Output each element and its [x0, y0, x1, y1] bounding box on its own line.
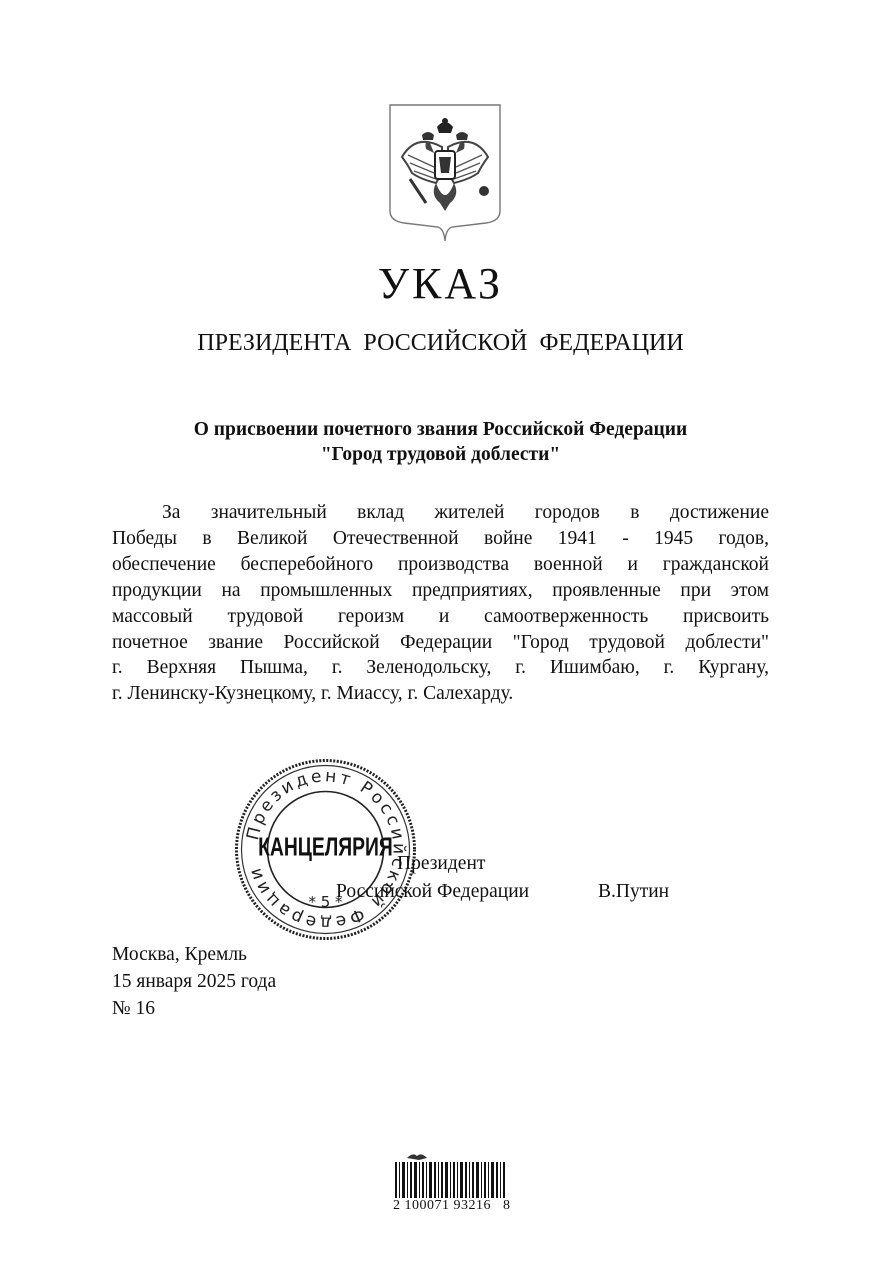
barcode-number: 2 100071 93216 8 — [393, 1198, 513, 1214]
document-issuer: ПРЕЗИДЕНТА РОССИЙСКОЙ ФЕДЕРАЦИИ — [0, 331, 881, 355]
body-line: обеспечение бесперебойного производства … — [112, 552, 769, 578]
issue-details: Москва, Кремль 15 января 2025 года № 16 — [112, 941, 276, 1022]
coat-of-arms-emblem — [386, 103, 504, 243]
body-line: г. Верхняя Пышма, г. Зеленодольску, г. И… — [112, 655, 769, 681]
document-type-title: УКАЗ — [0, 262, 881, 306]
body-line: Победы в Великой Отечественной войне 194… — [112, 526, 769, 552]
body-line: массовый трудовой героизм и самоотвержен… — [112, 604, 769, 630]
body-line: продукции на промышленных предприятиях, … — [112, 578, 769, 604]
issue-place: Москва, Кремль — [112, 941, 276, 968]
decree-number: № 16 — [112, 995, 276, 1022]
signatory-name: В.Путин — [598, 881, 669, 903]
issue-date: 15 января 2025 года — [112, 968, 276, 995]
decree-heading: О присвоении почетного звания Российской… — [120, 417, 761, 467]
body-line: За значительный вклад жителей городов в … — [112, 500, 769, 526]
body-line: г. Ленинску-Кузнецкому, г. Миассу, г. Са… — [112, 681, 769, 707]
signatory-title: Президент — [397, 853, 485, 875]
decree-heading-line-2: "Город трудовой доблести" — [120, 442, 761, 467]
body-line: почетное звание Российской Федерации "Го… — [112, 630, 769, 656]
decree-body: За значительный вклад жителей городов в … — [112, 500, 769, 707]
svg-text:КАНЦЕЛЯРИЯ: КАНЦЕЛЯРИЯ — [258, 832, 393, 862]
signatory-organization: Российской Федерации — [336, 881, 529, 903]
official-stamp: Президент Российской Федерации * 5 * КАН… — [233, 757, 418, 942]
decree-heading-line-1: О присвоении почетного звания Российской… — [120, 417, 761, 442]
